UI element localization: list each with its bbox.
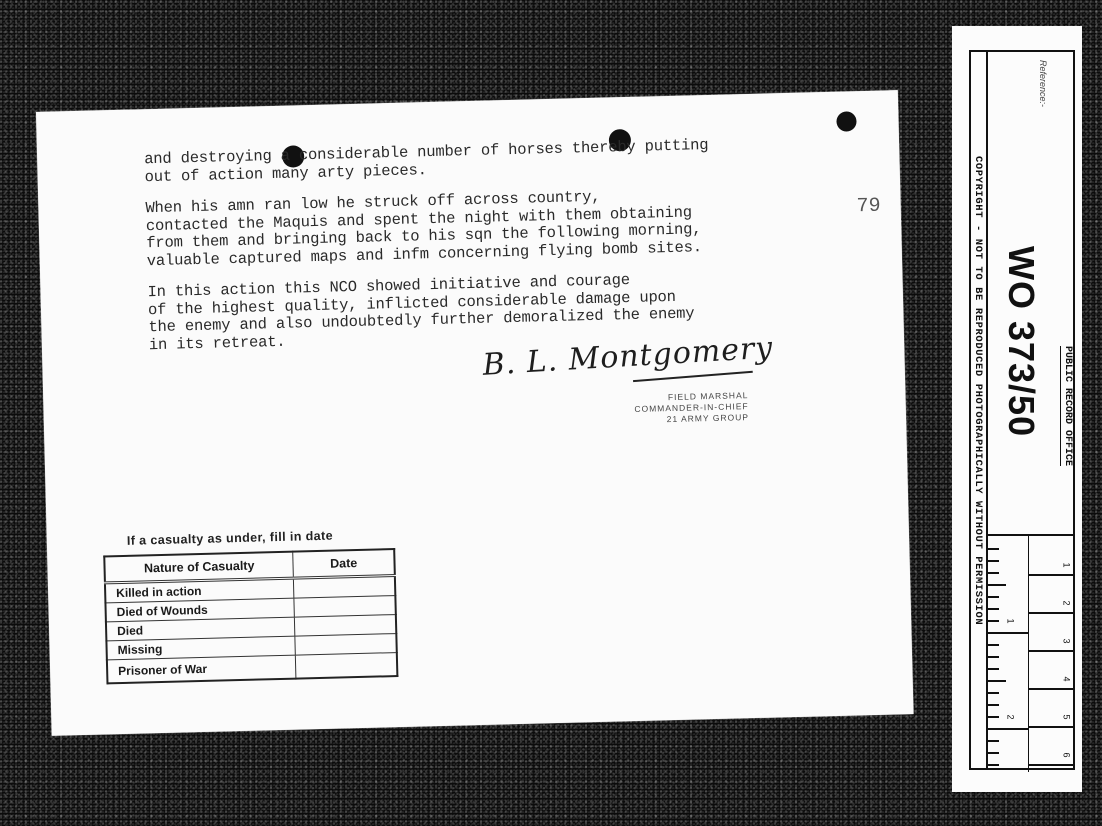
ruler-tick bbox=[988, 596, 999, 598]
ruler-tick bbox=[988, 704, 999, 706]
ruler-cm-label: 3 bbox=[1062, 638, 1072, 643]
column-header-date: Date bbox=[293, 549, 395, 578]
ruler-tick bbox=[988, 644, 999, 646]
ruler-tick bbox=[988, 680, 1006, 682]
casualty-date[interactable] bbox=[294, 596, 396, 618]
ruler-cm-scale: 123456 bbox=[1028, 536, 1092, 772]
ruler-tick bbox=[988, 656, 999, 658]
reference-strip: COPYRIGHT - NOT TO BE REPRODUCED PHOTOGR… bbox=[952, 26, 1082, 792]
ruler-tick bbox=[988, 668, 999, 670]
signature-block: FIELD MARSHAL COMMANDER-IN-CHIEF 21 ARMY… bbox=[598, 390, 749, 427]
ruler-tick bbox=[988, 716, 999, 718]
ruler-cm-label: 4 bbox=[1062, 676, 1072, 681]
casualty-nature: Prisoner of War bbox=[107, 655, 296, 683]
ruler-tick bbox=[988, 608, 999, 610]
ruler-tick bbox=[988, 740, 999, 742]
ruler-tick bbox=[1028, 764, 1074, 766]
casualty-heading: If a casualty as under, fill in date bbox=[127, 529, 333, 548]
document-page: and destroying a considerable number of … bbox=[36, 90, 914, 736]
ruler-tick bbox=[988, 692, 999, 694]
ruler-tick bbox=[1028, 726, 1074, 728]
paragraph: When his amn ran low he struck off acros… bbox=[145, 184, 807, 271]
ruler-tick bbox=[988, 560, 999, 562]
casualty-date[interactable] bbox=[295, 615, 397, 637]
ruler-tick bbox=[988, 620, 999, 622]
paragraph: and destroying a considerable number of … bbox=[144, 135, 805, 187]
ruler-tick bbox=[1028, 574, 1074, 576]
ruler-cm-label: 6 bbox=[1062, 752, 1072, 757]
ruler-tick bbox=[1028, 612, 1074, 614]
ruler-tick bbox=[988, 632, 1028, 634]
casualty-date[interactable] bbox=[295, 634, 397, 656]
ruler-tick bbox=[988, 764, 999, 766]
ruler-tick bbox=[988, 584, 1006, 586]
ruler-tick bbox=[1028, 650, 1074, 652]
ruler-tick bbox=[1028, 688, 1074, 690]
punch-hole bbox=[836, 111, 856, 131]
page-number: 79 bbox=[856, 195, 881, 219]
casualty-table: Nature of Casualty Date Killed in action… bbox=[103, 548, 398, 684]
reference-label: Reference:- bbox=[1038, 60, 1048, 107]
ruler-tick bbox=[988, 572, 999, 574]
ruler-inch-scale: 12 bbox=[988, 536, 1029, 772]
ruler-tick bbox=[988, 752, 999, 754]
ruler-cm-label: 5 bbox=[1062, 714, 1072, 719]
record-office-label: PUBLIC RECORD OFFICE bbox=[1060, 346, 1075, 466]
ruler-tick bbox=[988, 548, 999, 550]
signatory-unit: 21 ARMY GROUP bbox=[599, 412, 749, 427]
ruler-cm-label: 2 bbox=[1062, 600, 1072, 605]
measurement-ruler: 12 123456 bbox=[988, 534, 1074, 772]
copyright-notice: COPYRIGHT - NOT TO BE REPRODUCED PHOTOGR… bbox=[972, 156, 984, 625]
casualty-date[interactable] bbox=[296, 653, 398, 679]
piece-reference: WO 373/50 bbox=[1000, 246, 1042, 437]
ruler-cm-label: 1 bbox=[1062, 562, 1072, 567]
ruler-inch-label: 1 bbox=[1006, 618, 1016, 623]
ruler-tick bbox=[988, 728, 1028, 730]
casualty-date[interactable] bbox=[294, 576, 396, 599]
ruler-inch-label: 2 bbox=[1006, 714, 1016, 719]
